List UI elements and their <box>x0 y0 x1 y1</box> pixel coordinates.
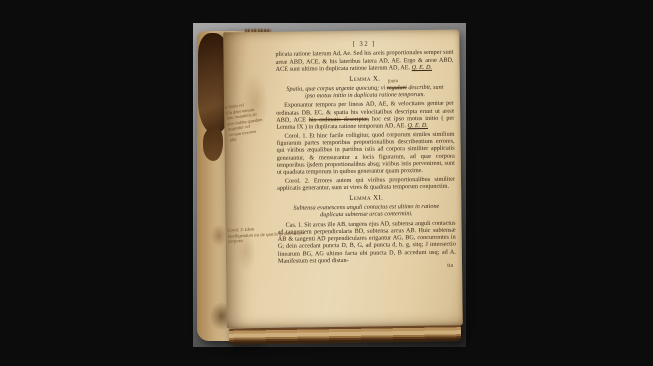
page-number: [ 32 ] <box>275 40 453 49</box>
book-page: [ 32 ] plicata ratione laterum Ad, Ae. S… <box>223 30 463 329</box>
lemma-x-statement: Spatia, quæ corpus urgente quocunq; vi r… <box>276 83 454 100</box>
corollary-1: Corol. 1. Et hinc facile colligitur, quo… <box>276 130 455 176</box>
corollary-2: Corol. 2. Errores autem qui viribus prop… <box>277 175 455 192</box>
book-photo: [ 32 ] plicata ratione laterum Ad, Ae. S… <box>193 23 466 347</box>
bottom-page-edges <box>229 325 461 345</box>
handwritten-correction-finita: finita <box>387 78 398 86</box>
qed-mark: Q. E. D. <box>412 64 433 71</box>
lemma-xi-heading: Lemma XI. <box>277 193 455 202</box>
lemma-x-heading: Lemma X. <box>276 74 454 83</box>
lemma-xi-statement: Subtensa evanescens anguli contactus est… <box>277 203 455 220</box>
handwritten-margin-note-lemma-x: a finita vel illa determinata huic mutab… <box>225 100 265 143</box>
lemma-x-proof: Exponantur tempora per lineas AD, AE, & … <box>276 100 454 131</box>
screenshot-canvas: [ 32 ] plicata ratione laterum Ad, Ae. S… <box>0 0 653 366</box>
corrected-word: regularifinita <box>387 84 407 91</box>
qed-mark: Q. E. D. <box>407 122 428 129</box>
handwritten-margin-note-corol3: Corol. 3. Idem intelligendum est de spat… <box>227 224 305 245</box>
torn-leather-fragment <box>203 127 223 161</box>
paragraph-lemma9-end: plicata ratione laterum Ad, Ae. Sed his … <box>275 49 453 73</box>
